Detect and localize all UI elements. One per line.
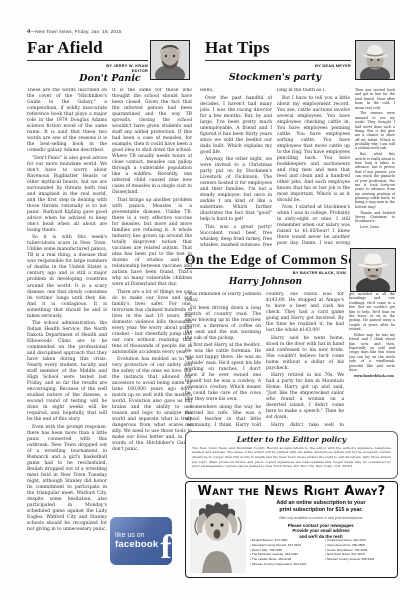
- common-sense-column-2: country. His check was for $143.00. He s…: [266, 292, 344, 428]
- meyer-portrait-photo: [355, 40, 395, 80]
- far-afield-rule: [27, 60, 148, 61]
- far-afield-subhead: Don't Panic: [27, 73, 193, 84]
- facebook-ad-line1: like us on: [115, 532, 158, 540]
- far-afield-column-1: These are the words inscribed on the cov…: [27, 88, 107, 546]
- hat-tips-byline: BY DEAN MEYER: [205, 63, 351, 69]
- far-afield-headline: Far Afield: [27, 38, 103, 58]
- hat-tips-headline: Hat Tips: [205, 38, 270, 58]
- shocked-person-graphic: [190, 499, 246, 573]
- hat-tips-column-2: long in the tooth as I.But I have to tel…: [277, 88, 350, 246]
- hat-tips-subhead: Stockmen's party: [200, 72, 350, 83]
- portrait-cowboy-mustache-man-graphic: [351, 249, 395, 291]
- baxterblack-website: www.baxterblack.com: [349, 374, 395, 378]
- ad-fine-print: Offer only available to current or new p…: [248, 516, 394, 520]
- facebook-ad-line2: facebook: [115, 540, 158, 551]
- common-sense-subhead: Harry Johnson: [185, 277, 346, 287]
- ad-newspaper-list-right: Underwood News, 442-3201Velva Area Voice…: [325, 538, 394, 567]
- black-portrait-photo: [350, 248, 396, 292]
- far-afield-column-2: It is the same for those who thought the…: [112, 88, 192, 508]
- ad-offer-line-1: Add an online subscription to your: [248, 500, 394, 507]
- subscription-ad-title: Want the News Right Away?: [186, 484, 397, 499]
- common-sense-column-1: I was reminded of Harry Johnson today.I'…: [185, 292, 261, 428]
- ad-newspaper-list-left: Beulah Beacon, 873-4381Mountrail County …: [250, 538, 319, 567]
- common-sense-rule: [185, 268, 346, 269]
- hat-tips-column-1: Hello,Over the past handful of decades, …: [200, 88, 272, 246]
- ad-offer-line-2: print subscription for $15 a year.: [248, 507, 394, 514]
- common-sense-byline: BY BAXTER BLACK, DVM: [185, 270, 346, 276]
- hat-tips-rule: [205, 60, 351, 61]
- far-afield-byline: BY JERRY W. KRAM EDITOR: [27, 63, 148, 74]
- newspaper-page: 4—New Town News, Friday, Jan. 16, 2015 F…: [0, 0, 400, 600]
- facebook-ad: like us on facebook f: [110, 517, 172, 565]
- masthead: 4—New Town News, Friday, Jan. 16, 2015: [27, 28, 122, 35]
- facebook-ad-text: like us on facebook: [110, 532, 158, 551]
- letter-policy-title: Letter to the Editor policy: [192, 435, 391, 444]
- masthead-title: —New Town News, Friday, Jan. 16, 2015: [30, 29, 121, 34]
- letter-policy-body: The New Town News and Mountrail County R…: [192, 446, 391, 470]
- shocked-person-photo: [190, 499, 246, 573]
- common-sense-column-3: got included in all the brandings and co…: [349, 292, 395, 428]
- portrait-cowboy-hat-man-graphic: [356, 41, 394, 79]
- hat-tips-column-3: Then you trotted back and got in line fo…: [355, 88, 395, 246]
- subscription-ad-copy: Add an online subscription to your print…: [248, 500, 394, 540]
- ad-newspaper-lists: Beulah Beacon, 873-4381Mountrail County …: [250, 538, 394, 567]
- common-sense-headline: On the Edge of Common Sense: [185, 252, 375, 268]
- subscription-ad: Want the News Right Away? Add an online …: [185, 481, 398, 578]
- letter-policy-box: Letter to the Editor policy The New Town…: [185, 431, 398, 479]
- common-sense-column-3-text: got included in all the brandings and co…: [349, 292, 395, 372]
